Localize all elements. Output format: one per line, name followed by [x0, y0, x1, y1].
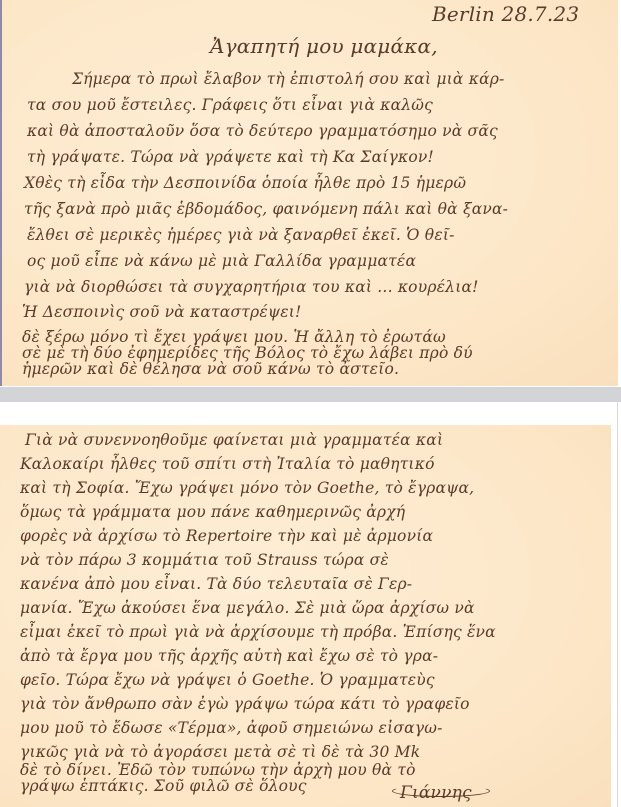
- letter-line: μανία. Ἔχω ἀκούσει ἕνα μεγάλο. Σὲ μιὰ ὥρ…: [20, 599, 475, 617]
- letter-page-2: Γιὰ νὰ συνεννοηθοῦμε φαίνεται μιὰ γραμμα…: [0, 425, 611, 807]
- page-separator: [0, 387, 621, 402]
- letter-line: γικῶς γιὰ νὰ τὸ ἀγοράσει μετὰ σὲ τὶ δὲ τ…: [20, 743, 420, 761]
- letter-line: καὶ θὰ ἀποσταλοῦν ὅσα τὸ δεύτερο γραμματ…: [27, 122, 498, 140]
- letter-line: Χθὲς τὴ εἶδα τὴν Δεσποινίδα ὁποία ἦλθε π…: [24, 174, 466, 192]
- letter-line: γράψω ἑπτάκις. Σοῦ φιλῶ σὲ ὅλους: [20, 777, 307, 795]
- letter-line: τῆς ξανὰ πρὸ μιᾶς ἑβδομάδος, φαινόμενη π…: [24, 200, 508, 218]
- letter-line: κανένα ἀπὸ μου εἶναι. Τὰ δύο τελευταῖα σ…: [20, 575, 412, 593]
- letter-line: γιὰ νὰ διορθώσει τὰ συγχαρητήρια του καὶ…: [24, 278, 479, 296]
- letter-line: Σήμερα τὸ πρωὶ ἔλαβον τὴ ἐπιστολή σου κα…: [72, 70, 505, 88]
- letter-line: εἶμαι ἐκεῖ τὸ πρωὶ γιὰ νὰ ἀρχίσουμε τὴ π…: [20, 623, 496, 641]
- letter-line: ος μοῦ εἶπε νὰ κάνω μὲ μιὰ Γαλλίδα γραμμ…: [27, 252, 416, 270]
- salutation: Ἀγαπητή μου μαμάκα,: [210, 34, 438, 58]
- letter-line: ἀπὸ τὰ ἔργα μου τῆς ἀρχῆς αὐτὴ καὶ ἔχω σ…: [20, 647, 438, 665]
- letter-line: ὅμως τὰ γράμματα μου πάνε καθημερινῶς ἀρ…: [20, 503, 405, 521]
- letter-line: τα σου μοῦ ἔστειλες. Γράφεις ὅτι εἶναι γ…: [27, 96, 433, 114]
- letter-line: νὰ τὸν πάρω 3 κομμάτια τοῦ Strauss τώρα …: [20, 551, 389, 569]
- letter-line: καὶ τὴ Σοφία. Ἔχω γράψει μόνο τὸν Goethe…: [20, 479, 474, 497]
- letter-line: γιὰ τὸν ἄνθρωπο σὰν ἐγὼ γράψω τώρα κάτι …: [20, 695, 470, 713]
- letter-page-1: Berlin 28.7.23 Ἀγαπητή μου μαμάκα, Σήμερ…: [0, 0, 618, 386]
- letter-line: φορὲς νὰ ἀρχίσω τὸ Repertoire τὴν καὶ μὲ…: [20, 527, 433, 545]
- letter-line: φεῖο. Τώρα ἔχω νὰ γράψει ὁ Goethe. Ὁ γρα…: [20, 671, 435, 689]
- letter-line: μου μοῦ τὸ ἔδωσε «Τέρμα», ἀφοῦ σημειώνω …: [20, 719, 443, 737]
- signature-flourish: [392, 785, 490, 797]
- letter-line: ἔλθει σὲ μερικὲς ἡμέρες γιὰ νὰ ξαναρθεῖ …: [27, 226, 455, 244]
- letter-line: Καλοκαίρι ἦλθες τοῦ σπίτι στὴ Ἰταλία τὸ …: [20, 455, 435, 473]
- letter-line: τὴ γράψατε. Τώρα νὰ γράψετε καὶ τὴ Κα Σα…: [27, 148, 434, 166]
- letter-line: Γιὰ νὰ συνεννοηθοῦμε φαίνεται μιὰ γραμμα…: [25, 431, 443, 449]
- letter-line: Ἡ Δεσποινὶς σοῦ νὰ καταστρέψει!: [22, 303, 301, 321]
- letter-line: ἡμερῶν καὶ δὲ θέλησα νὰ σοῦ κάνω τὸ ἀστε…: [22, 360, 399, 378]
- place-date: Berlin 28.7.23: [432, 2, 579, 26]
- page-edge-rule: [617, 402, 618, 807]
